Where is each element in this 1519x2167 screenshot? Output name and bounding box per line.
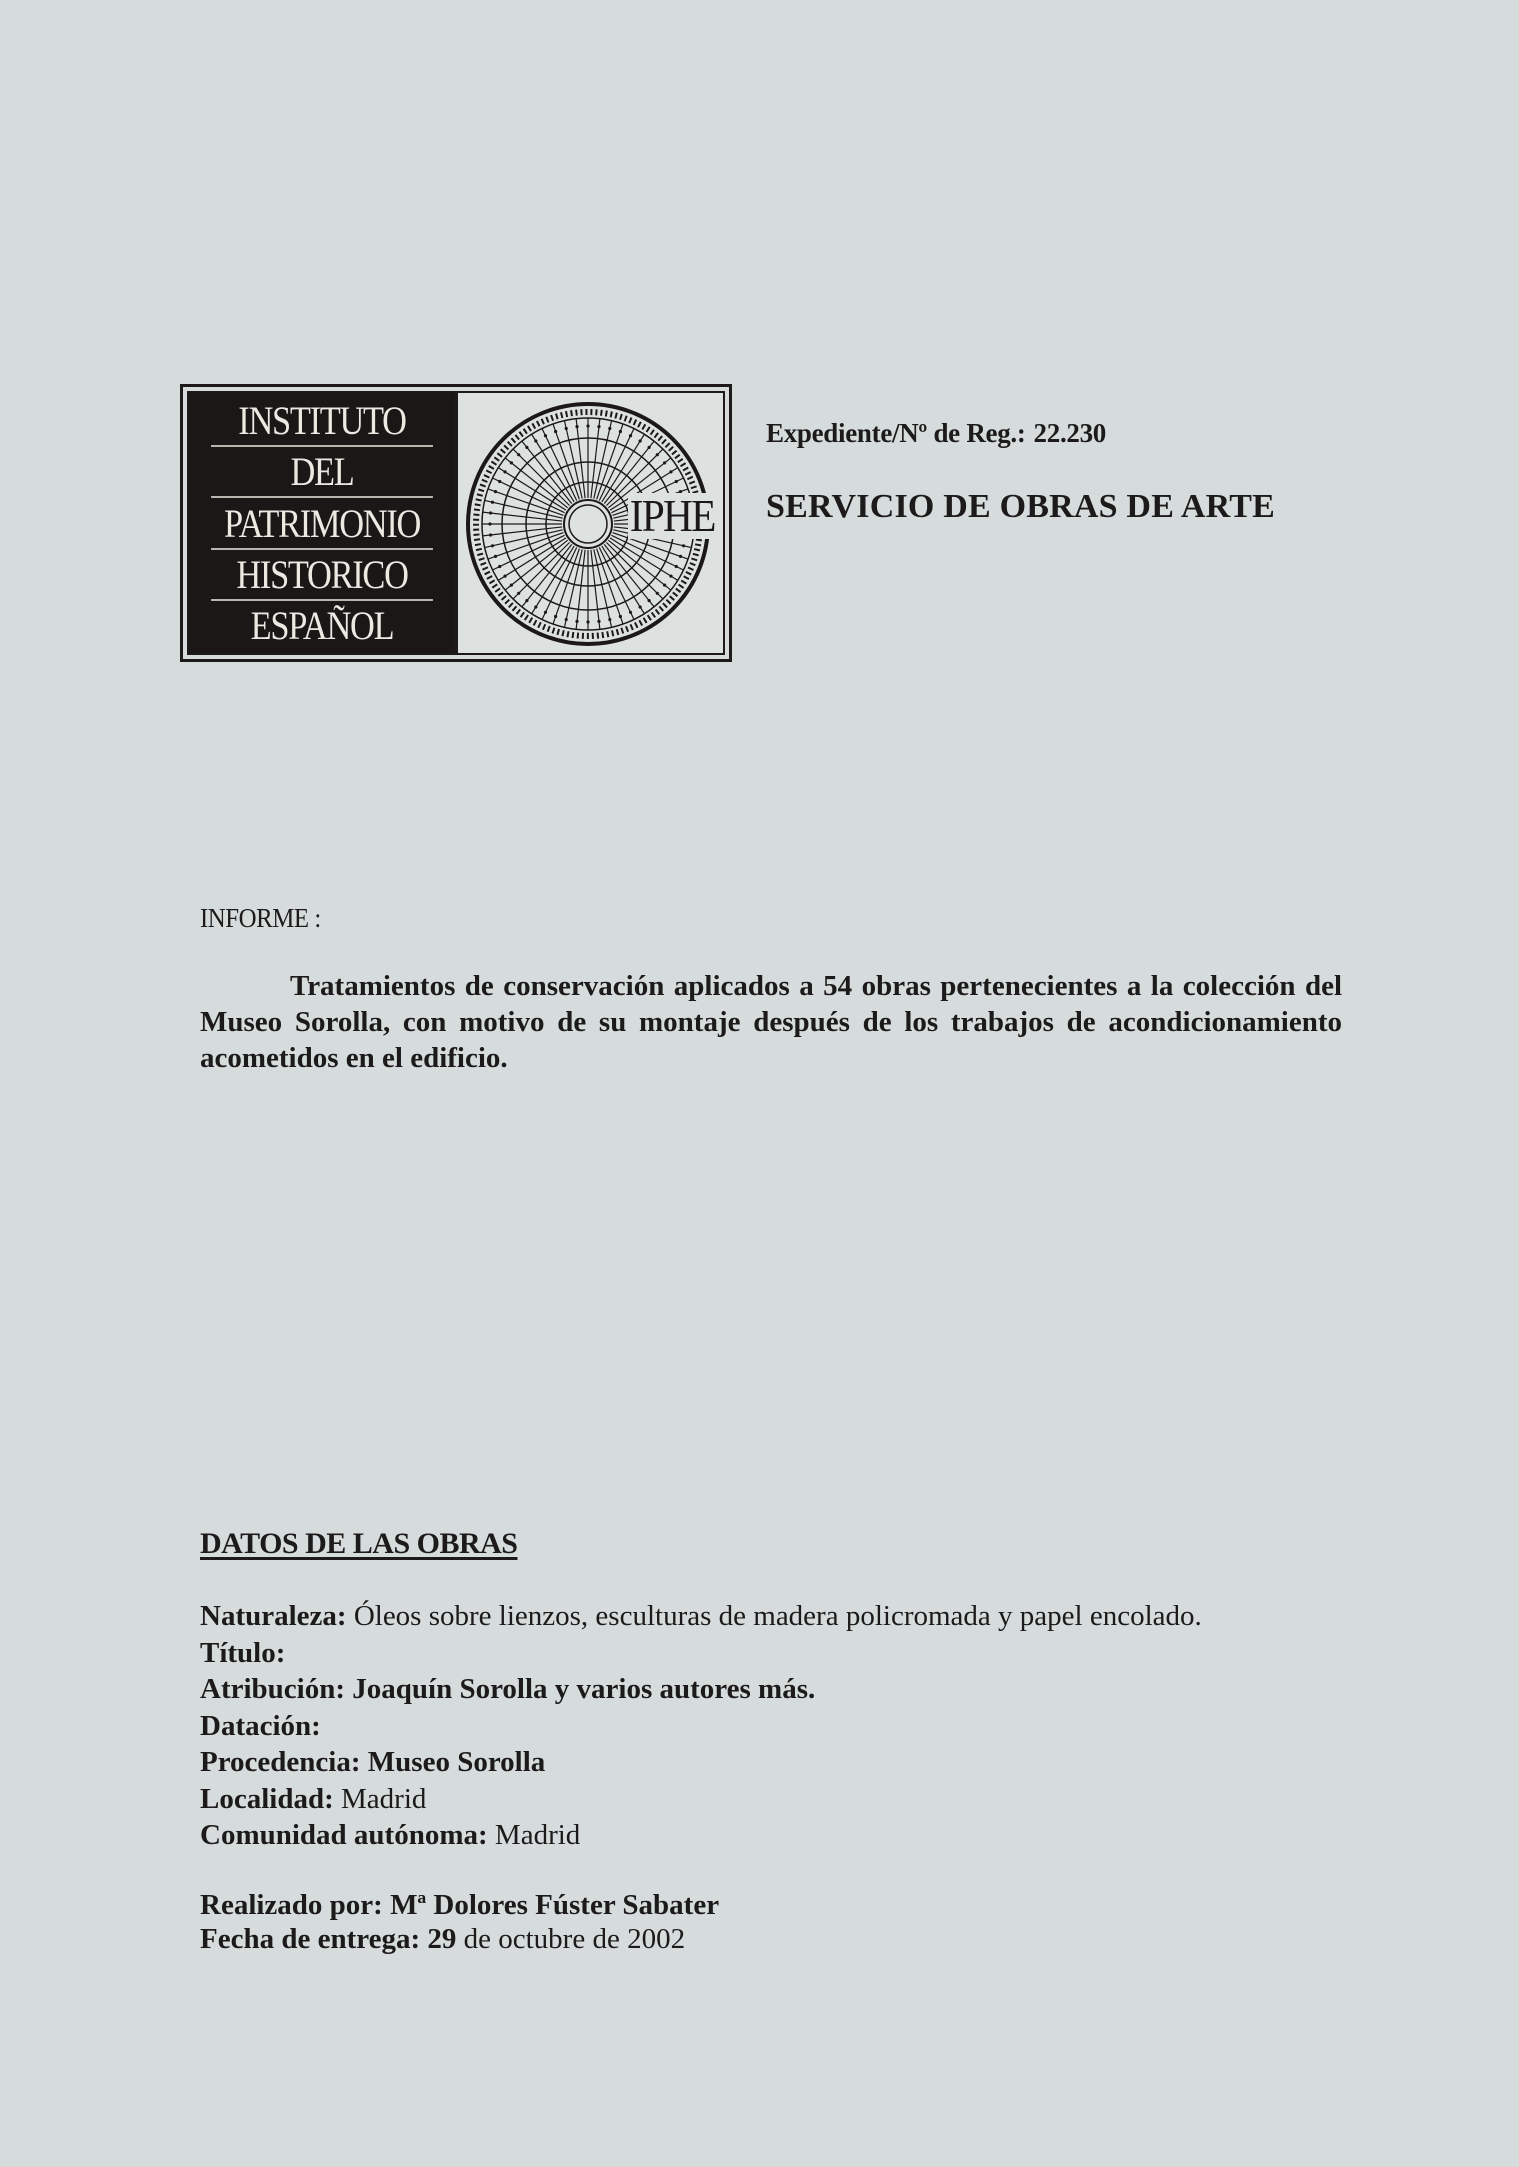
field-value: Joaquín Sorolla y varios autores más. xyxy=(352,1673,815,1705)
realizado-por: Realizado por: Mª Dolores Fúster Sabater xyxy=(200,1888,719,1922)
field-procedencia: Procedencia: Museo Sorolla xyxy=(200,1744,1202,1781)
field-titulo: Título: xyxy=(200,1635,1202,1672)
field-datacion: Datación: xyxy=(200,1708,1202,1745)
fecha-day: 29 xyxy=(427,1923,456,1955)
field-value: Madrid xyxy=(341,1783,426,1815)
realizado-label: Realizado por: xyxy=(200,1889,383,1921)
field-value: Madrid xyxy=(495,1819,580,1851)
expediente-value: 22.230 xyxy=(1034,418,1106,448)
field-label: Localidad: xyxy=(200,1783,334,1815)
field-value: Museo Sorolla xyxy=(368,1746,546,1778)
service-title: SERVICIO DE OBRAS DE ARTE xyxy=(766,488,1275,526)
field-label: Naturaleza: xyxy=(200,1600,347,1632)
logo-text-panel: INSTITUTO DEL PATRIMONIO HISTORICO ESPAÑ… xyxy=(189,393,455,653)
document-page: INSTITUTO DEL PATRIMONIO HISTORICO ESPAÑ… xyxy=(0,0,1519,2167)
fecha-entrega: Fecha de entrega: 29 de octubre de 2002 xyxy=(200,1922,719,1956)
logo-acronym: IPHE xyxy=(628,493,716,539)
logo-line: INSTITUTO xyxy=(211,396,433,447)
expediente-number: Expediente/Nº de Reg.:22.230 xyxy=(766,418,1106,449)
field-localidad: Localidad: Madrid xyxy=(200,1781,1202,1818)
field-comunidad: Comunidad autónoma: Madrid xyxy=(200,1817,1202,1854)
logo-line: HISTORICO xyxy=(211,550,433,601)
logo-line: DEL xyxy=(211,447,433,498)
field-atribucion: Atribución: Joaquín Sorolla y varios aut… xyxy=(200,1671,1202,1708)
datos-fields: Naturaleza: Óleos sobre lienzos, escultu… xyxy=(200,1598,1202,1854)
informe-body: Tratamientos de conservación aplicados a… xyxy=(200,968,1342,1076)
field-label: Datación: xyxy=(200,1710,321,1742)
logo-frame: INSTITUTO DEL PATRIMONIO HISTORICO ESPAÑ… xyxy=(187,391,725,655)
logo-line: PATRIMONIO xyxy=(211,498,433,549)
realizado-value: Mª Dolores Fúster Sabater xyxy=(390,1889,719,1921)
datos-section-title: DATOS DE LAS OBRAS xyxy=(200,1527,517,1561)
informe-label: INFORME : xyxy=(200,903,321,934)
field-value: Óleos sobre lienzos, esculturas de mader… xyxy=(354,1600,1202,1632)
report-footer: Realizado por: Mª Dolores Fúster Sabater… xyxy=(200,1888,719,1956)
field-label: Comunidad autónoma: xyxy=(200,1819,488,1851)
fecha-rest: de octubre de 2002 xyxy=(464,1923,685,1955)
expediente-label: Expediente/Nº de Reg.: xyxy=(766,418,1026,448)
iphe-logo: INSTITUTO DEL PATRIMONIO HISTORICO ESPAÑ… xyxy=(180,384,732,662)
fecha-label: Fecha de entrega: xyxy=(200,1923,420,1955)
field-naturaleza: Naturaleza: Óleos sobre lienzos, escultu… xyxy=(200,1598,1202,1635)
logo-line: ESPAÑOL xyxy=(211,601,433,650)
field-label: Atribución: xyxy=(200,1673,345,1705)
field-label: Procedencia: xyxy=(200,1746,361,1778)
field-label: Título: xyxy=(200,1637,285,1669)
rose-window-emblem-icon: IPHE xyxy=(455,393,723,653)
